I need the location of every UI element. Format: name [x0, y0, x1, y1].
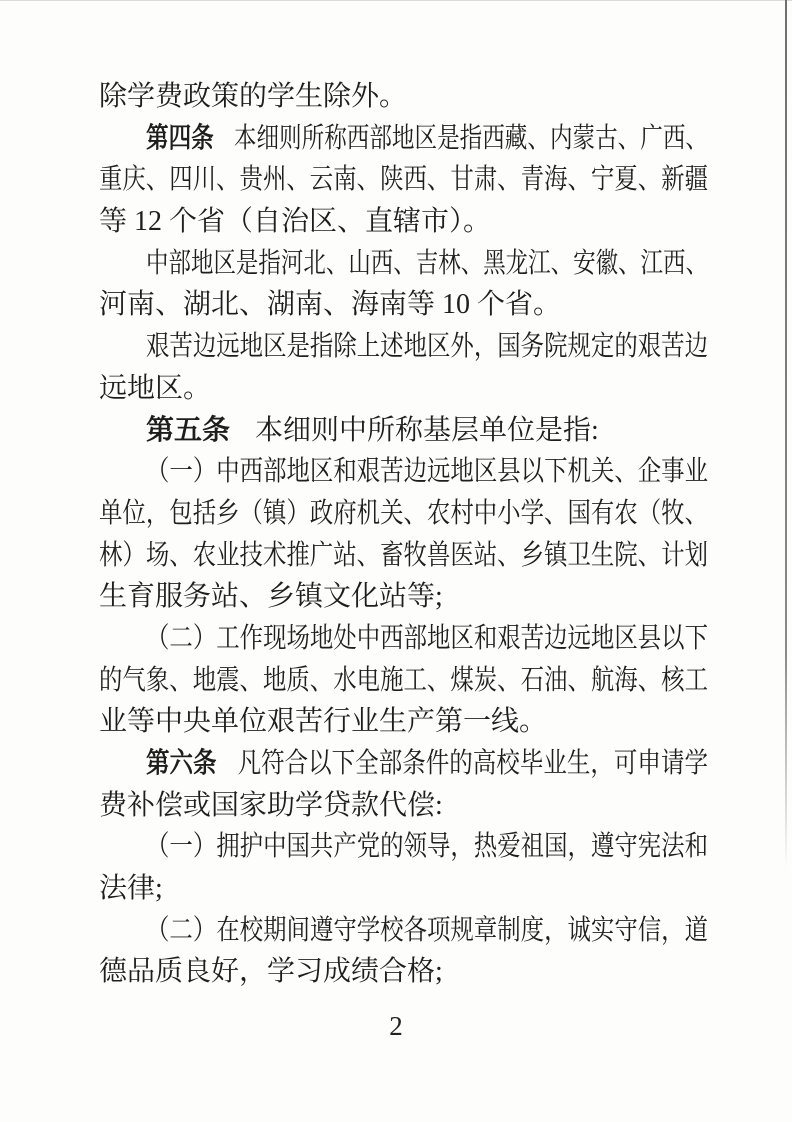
article-number-bold: 第五条: [146, 415, 230, 446]
document-line: 重庆、四川、贵州、云南、陕西、甘肃、青海、宁夏、新疆: [99, 159, 708, 201]
line-text: 法律;: [99, 873, 163, 904]
line-text: 的气象、地震、地质、水电施工、煤炭、石油、航海、核工: [99, 665, 708, 696]
line-text: （一）拥护中国共产党的领导，热爱祖国，遵守宪法和: [146, 831, 708, 862]
document-line: 费补偿或国家助学贷款代偿:: [99, 785, 708, 827]
line-text: 艰苦边远地区是指除上述地区外，国务院规定的艰苦边: [146, 331, 708, 362]
document-line: 艰苦边远地区是指除上述地区外，国务院规定的艰苦边: [99, 326, 708, 368]
line-text: 凡符合以下全部条件的高校毕业生，可申请学: [238, 748, 708, 779]
line-text: 等 12 个省（自治区、直辖市）。: [99, 206, 491, 237]
article-number-bold: 第四条: [146, 123, 214, 154]
document-line: （二）工作现场地处中西部地区和艰苦边远地区县以下: [99, 618, 708, 660]
line-text: （一）中西部地区和艰苦边远地区县以下机关、企事业: [146, 456, 708, 487]
document-line: （二）在校期间遵守学校各项规章制度，诚实守信，道: [99, 910, 708, 952]
document-line: 除学费政策的学生除外。: [99, 76, 708, 118]
line-text: 重庆、四川、贵州、云南、陕西、甘肃、青海、宁夏、新疆: [99, 164, 708, 195]
document-line: 远地区。: [99, 368, 708, 410]
line-text: 远地区。: [99, 373, 211, 404]
document-line: 法律;: [99, 868, 708, 910]
document-line: （一）中西部地区和艰苦边远地区县以下机关、企事业: [99, 451, 708, 493]
scan-artifact-line: [785, 0, 787, 870]
document-line-article-4: 第四条本细则所称西部地区是指西藏、内蒙古、广西、: [99, 118, 708, 160]
document-line: 等 12 个省（自治区、直辖市）。: [99, 201, 708, 243]
document-line: 生育服务站、乡镇文化站等;: [99, 576, 708, 618]
line-text: 林）场、农业技术推广站、畜牧兽医站、乡镇卫生院、计划: [99, 540, 708, 571]
document-line-article-5: 第五条本细则中所称基层单位是指:: [99, 410, 708, 452]
document-line: 单位，包括乡（镇）政府机关、农村中小学、国有农（牧、: [99, 493, 708, 535]
line-text: 本细则所称西部地区是指西藏、内蒙古、广西、: [234, 123, 708, 154]
line-text: 本细则中所称基层单位是指:: [255, 415, 599, 446]
document-line: 林）场、农业技术推广站、畜牧兽医站、乡镇卫生院、计划: [99, 535, 708, 577]
line-text: 中部地区是指河北、山西、吉林、黑龙江、安徽、江西、: [146, 248, 708, 279]
document-line: 的气象、地震、地质、水电施工、煤炭、石油、航海、核工: [99, 660, 708, 702]
line-text: 除学费政策的学生除外。: [99, 81, 407, 112]
document-line: 业等中央单位艰苦行业生产第一线。: [99, 701, 708, 743]
line-text: 生育服务站、乡镇文化站等;: [99, 581, 443, 612]
line-text: 德品质良好，学习成绩合格;: [99, 956, 443, 987]
page-number: 2: [0, 1007, 792, 1045]
document-line: 德品质良好，学习成绩合格;: [99, 951, 708, 993]
scan-top-edge-artifact: [0, 0, 792, 1]
line-text: （二）工作现场地处中西部地区和艰苦边远地区县以下: [146, 623, 708, 654]
article-number-bold: 第六条: [146, 748, 217, 779]
document-line-article-6: 第六条凡符合以下全部条件的高校毕业生，可申请学: [99, 743, 708, 785]
document-body: 除学费政策的学生除外。 第四条本细则所称西部地区是指西藏、内蒙古、广西、 重庆、…: [99, 76, 708, 993]
document-line: 河南、湖北、湖南、海南等 10 个省。: [99, 284, 708, 326]
document-line: 中部地区是指河北、山西、吉林、黑龙江、安徽、江西、: [99, 243, 708, 285]
line-text: 河南、湖北、湖南、海南等 10 个省。: [99, 289, 561, 320]
line-text: 费补偿或国家助学贷款代偿:: [99, 790, 443, 821]
document-page: 除学费政策的学生除外。 第四条本细则所称西部地区是指西藏、内蒙古、广西、 重庆、…: [0, 0, 792, 1122]
line-text: （二）在校期间遵守学校各项规章制度，诚实守信，道: [146, 915, 708, 946]
line-text: 业等中央单位艰苦行业生产第一线。: [99, 706, 547, 737]
line-text: 单位，包括乡（镇）政府机关、农村中小学、国有农（牧、: [99, 498, 708, 529]
document-line: （一）拥护中国共产党的领导，热爱祖国，遵守宪法和: [99, 826, 708, 868]
